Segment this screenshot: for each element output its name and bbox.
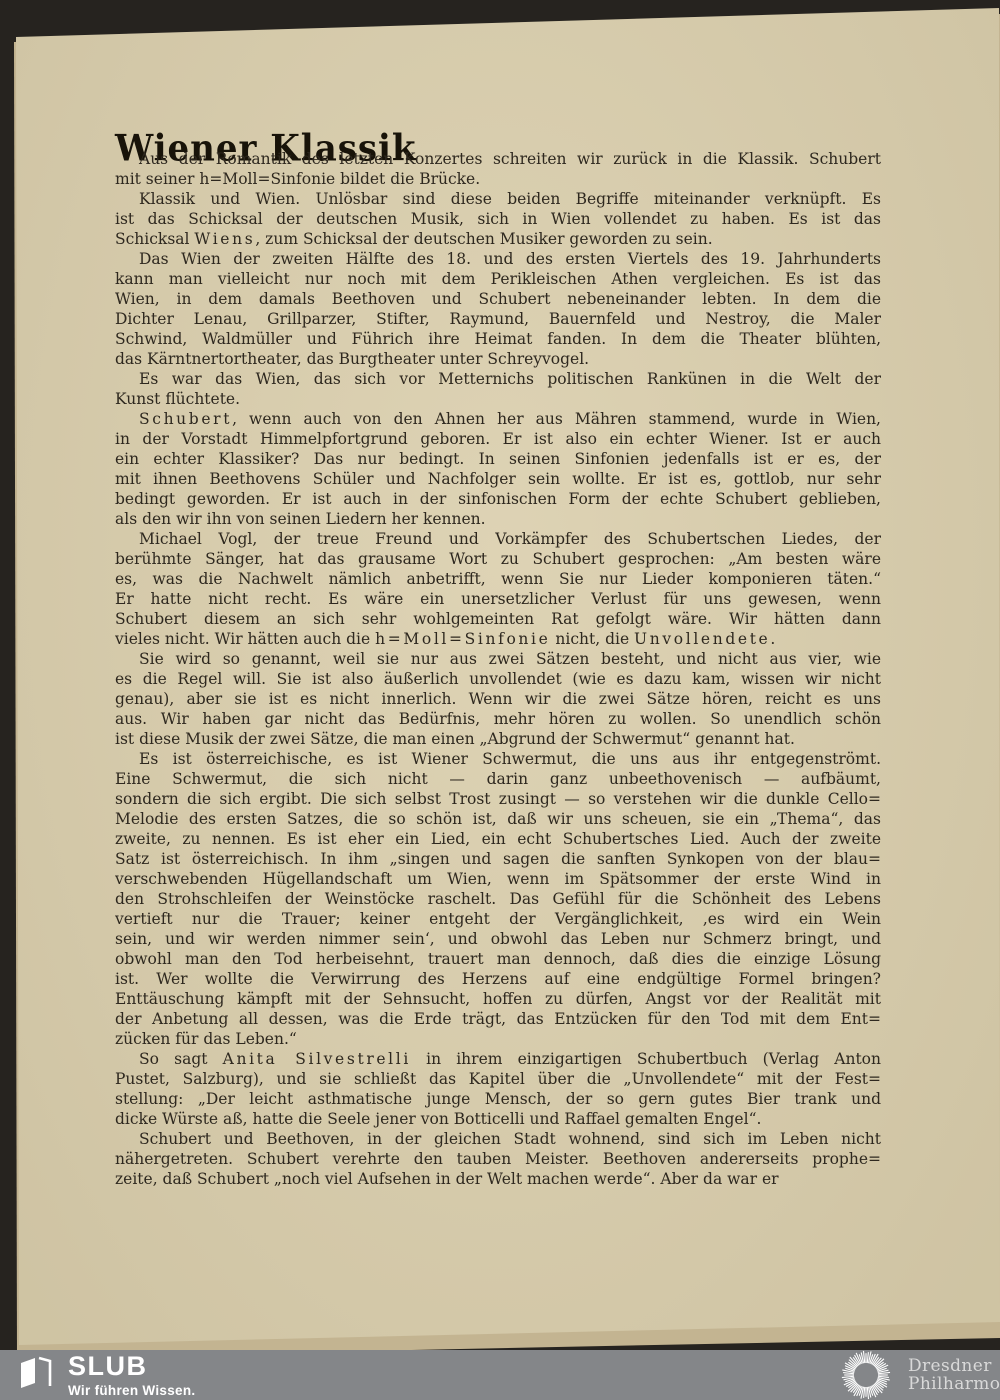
paragraph: Das Wien der zweiten Hälfte des 18. und … <box>115 249 881 369</box>
text-line: Es war das Wien, das sich vor Metternich… <box>115 369 881 389</box>
text-line: ein echter Klassiker? Das nur bedingt. I… <box>115 449 881 469</box>
philharmonie-line1: Dresdner <box>908 1357 1000 1375</box>
text-line: Michael Vogl, der treue Freund und Vorkä… <box>115 529 881 549</box>
text-line: obwohl man den Tod herbeisehnt, trauert … <box>115 949 881 969</box>
philharmonie-text: Dresdner Philharmonie <box>908 1357 1000 1393</box>
paragraph: Schubert, wenn auch von den Ahnen her au… <box>115 409 881 529</box>
text-line: Das Wien der zweiten Hälfte des 18. und … <box>115 249 881 269</box>
text-line: ist. Wer wollte die Verwirrung des Herze… <box>115 969 881 989</box>
text-line: Pustet, Salzburg), und sie schließt das … <box>115 1069 881 1089</box>
text-line: aus. Wir haben gar nicht das Bedürfnis, … <box>115 709 881 729</box>
scanned-document-view: Wiener Klassik Aus der Romantik des letz… <box>0 0 1000 1400</box>
text-line: der Anbetung all dessen, was die Erde tr… <box>115 1009 881 1029</box>
slub-wordmark: SLUB <box>68 1353 195 1380</box>
text-line: Schubert diesem an sich sehr wohlgemeint… <box>115 609 881 629</box>
text-line: Melodie des ersten Satzes, die so schön … <box>115 809 881 829</box>
paragraph: Sie wird so genannt, weil sie nur aus zw… <box>115 649 881 749</box>
text-line: Schicksal Wiens, zum Schicksal der deuts… <box>115 229 881 249</box>
text-line: Dichter Lenau, Grillparzer, Stifter, Ray… <box>115 309 881 329</box>
text-line: in der Vorstadt Himmelpfortgrund geboren… <box>115 429 881 449</box>
slub-text-column: SLUB Wir führen Wissen. <box>68 1353 195 1398</box>
text-line: Klassik und Wien. Unlösbar sind diese be… <box>115 189 881 209</box>
text-line: bedingt geworden. Er ist auch in der sin… <box>115 489 881 509</box>
text-line: nähergetreten. Schubert verehrte den tau… <box>115 1149 881 1169</box>
text-line: zweite, zu nennen. Es ist eher ein Lied,… <box>115 829 881 849</box>
text-line: Enttäuschung kämpft mit der Sehnsucht, h… <box>115 989 881 1009</box>
article-body: Aus der Romantik des letzten Konzertes s… <box>115 149 881 1189</box>
text-line: genau), aber sie ist es nicht innerlich.… <box>115 689 881 709</box>
text-line: kann man vielleicht nur noch mit dem Per… <box>115 269 881 289</box>
text-line: das Kärntnertortheater, das Burgtheater … <box>115 349 881 369</box>
text-line: zücken für das Leben.“ <box>115 1029 881 1049</box>
paragraph: Schubert und Beethoven, in der gleichen … <box>115 1129 881 1189</box>
text-line: vertieft nur die Trauer; keiner entgeht … <box>115 909 881 929</box>
dresdner-philharmonie-logo: Dresdner Philharmonie <box>838 1350 1000 1400</box>
text-line: verschwebenden Hügellandschaft um Wien, … <box>115 869 881 889</box>
text-line: mit ihnen Beethovens Schüler und Nachfol… <box>115 469 881 489</box>
text-line: vieles nicht. Wir hätten auch die h=Moll… <box>115 629 881 649</box>
text-line: Sie wird so genannt, weil sie nur aus zw… <box>115 649 881 669</box>
sunburst-icon <box>838 1350 894 1400</box>
text-line: Schubert und Beethoven, in der gleichen … <box>115 1129 881 1149</box>
footer-banner: SLUB Wir führen Wissen. Dresdner Philhar… <box>0 1350 1000 1400</box>
philharmonie-line2: Philharmonie <box>908 1375 1000 1393</box>
text-line: mit seiner h=Moll=Sinfonie bildet die Br… <box>115 169 881 189</box>
text-line: Eine Schwermut, die sich nicht — darin g… <box>115 769 881 789</box>
open-book-icon <box>19 1355 53 1389</box>
text-line: Aus der Romantik des letzten Konzertes s… <box>115 149 881 169</box>
text-line: ist diese Musik der zwei Sätze, die man … <box>115 729 881 749</box>
text-line: Er hatte nicht recht. Es wäre ein unerse… <box>115 589 881 609</box>
paragraph: Aus der Romantik des letzten Konzertes s… <box>115 149 881 189</box>
paragraph: Klassik und Wien. Unlösbar sind diese be… <box>115 189 881 249</box>
text-line: Satz ist österreichisch. In ihm „singen … <box>115 849 881 869</box>
text-line: es, was die Nachwelt nämlich anbetrifft,… <box>115 569 881 589</box>
text-line: dicke Würste aß, hatte die Seele jener v… <box>115 1109 881 1129</box>
text-line: Kunst flüchtete. <box>115 389 881 409</box>
text-line: es die Regel will. Sie ist also äußerlic… <box>115 669 881 689</box>
paragraph: Michael Vogl, der treue Freund und Vorkä… <box>115 529 881 649</box>
text-line: Schubert, wenn auch von den Ahnen her au… <box>115 409 881 429</box>
slub-logo: SLUB Wir führen Wissen. <box>19 1353 195 1398</box>
text-line: sein, und wir werden nimmer sein‘, und o… <box>115 929 881 949</box>
paragraph: Es ist österreichische, es ist Wiener Sc… <box>115 749 881 1049</box>
paragraph: Es war das Wien, das sich vor Metternich… <box>115 369 881 409</box>
text-line: Wien, in dem damals Beethoven und Schube… <box>115 289 881 309</box>
text-line: sondern die sich ergibt. Die sich selbst… <box>115 789 881 809</box>
text-line: So sagt Anita Silvestrelli in ihrem einz… <box>115 1049 881 1069</box>
slub-tagline: Wir führen Wissen. <box>68 1383 195 1398</box>
text-line: stellung: „Der leicht asthmatische junge… <box>115 1089 881 1109</box>
text-line: den Strohschleifen der Weinstöcke rasche… <box>115 889 881 909</box>
text-line: Schwind, Waldmüller und Führich ihre Hei… <box>115 329 881 349</box>
paragraph: So sagt Anita Silvestrelli in ihrem einz… <box>115 1049 881 1129</box>
text-line: Es ist österreichische, es ist Wiener Sc… <box>115 749 881 769</box>
text-line: berühmte Sänger, hat das grausame Wort z… <box>115 549 881 569</box>
text-line: als den wir ihn von seinen Liedern her k… <box>115 509 881 529</box>
text-line: zeite, daß Schubert „noch viel Aufsehen … <box>115 1169 881 1189</box>
text-line: ist das Schicksal der deutschen Musik, s… <box>115 209 881 229</box>
